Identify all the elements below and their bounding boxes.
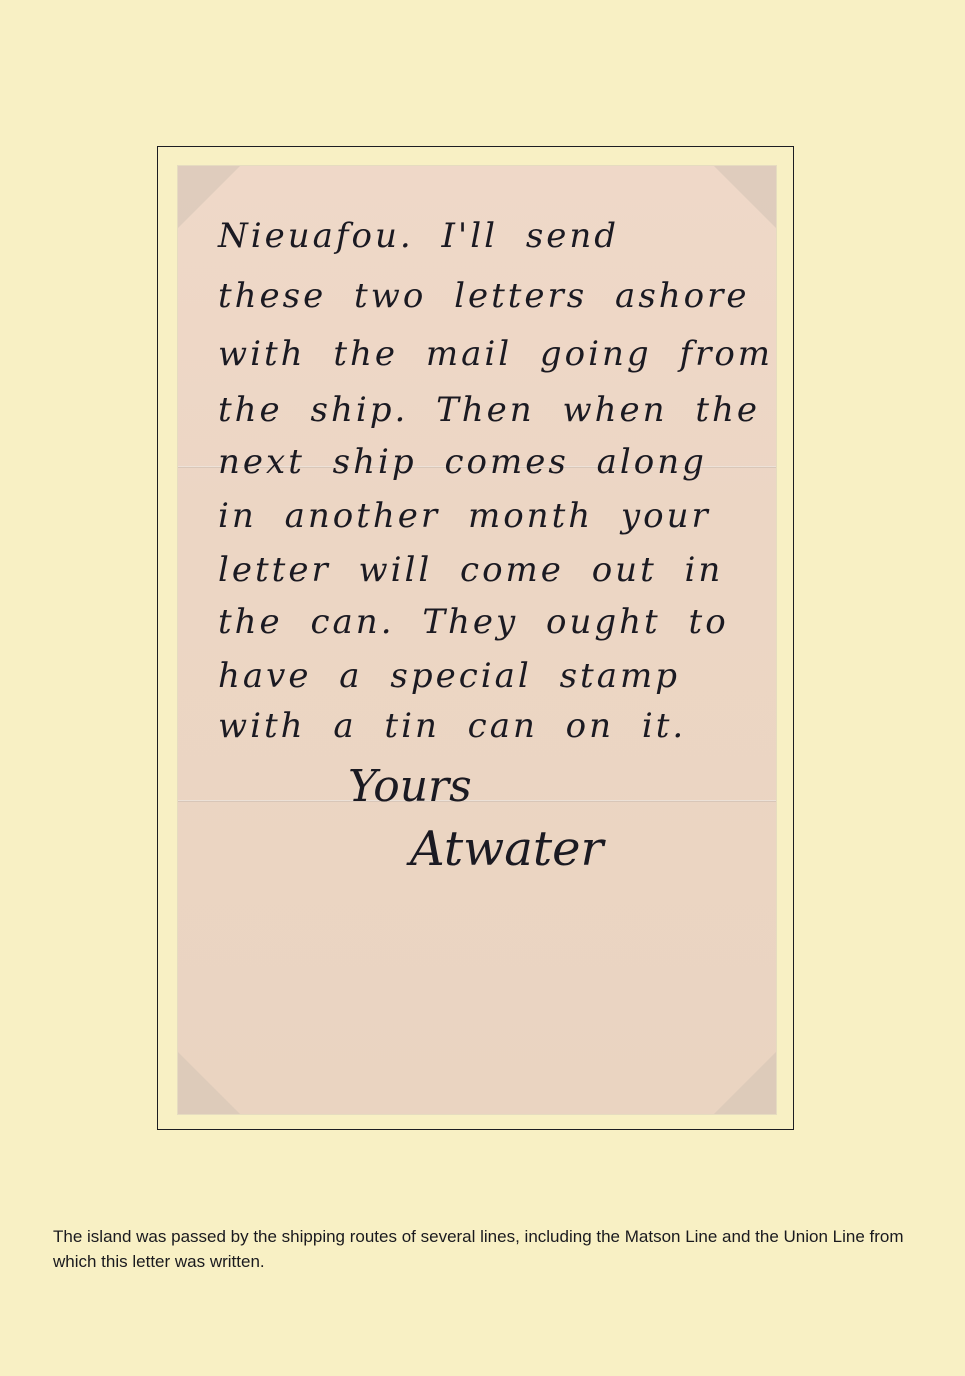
letter-line: these two letters ashore [218,276,748,316]
letter-line: have a special stamp [218,656,748,696]
handwritten-letter: Nieuafou. I'll send these two letters as… [178,166,776,1114]
photo-corner-bottom-left [178,1052,240,1114]
letter-line: the can. They ought to [218,602,748,642]
photo-corner-bottom-right [714,1052,776,1114]
letter-line: letter will come out in [218,550,748,590]
letter-line: with a tin can on it. [218,706,748,746]
letter-signature: Atwater [410,821,603,877]
letter-line: the ship. Then when the [218,390,748,430]
page-caption: The island was passed by the shipping ro… [53,1224,913,1274]
letter-line: Nieuafou. I'll send [218,216,748,256]
letter-line: next ship comes along [218,442,748,482]
letter-closing: Yours [348,761,472,812]
letter-line: with the mail going from [218,334,748,374]
fold-crease [178,800,776,802]
letter-line: in another month your [218,496,748,536]
